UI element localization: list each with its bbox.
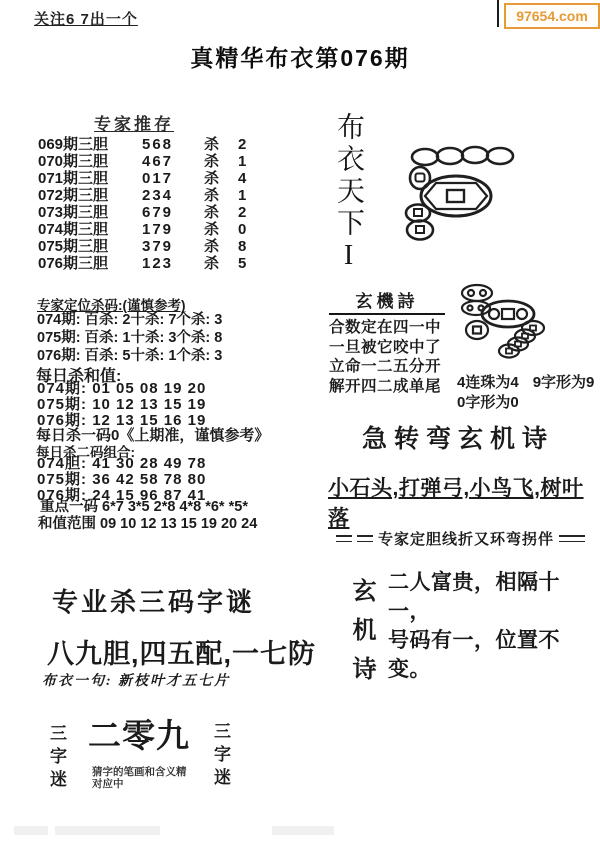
- kill-value: 4: [238, 170, 246, 187]
- table-row: 072期三胆 234 杀 1: [38, 187, 246, 204]
- xuanji-poem-lines: 合数定在四一中 一旦被它咬中了 立命一二五分开 解开四二成单尾: [329, 318, 445, 396]
- three-code-riddle-line: 八九胆,四五配,一七防: [47, 632, 316, 671]
- list-item: 075期: 36 42 58 78 80: [37, 472, 206, 488]
- riddle-note-line: 对应中: [92, 778, 187, 790]
- kill-value: 2: [238, 136, 246, 153]
- scanned-lottery-sheet: 关注6 7出一个 97654.com 真精华布衣第076期 专家推存 069期三…: [0, 0, 600, 853]
- xuanji-poem-title: 玄機詩: [329, 287, 445, 315]
- buyi-sentence: 布衣一句: 新枝叶才五七片: [42, 670, 230, 690]
- value-cell: 679: [142, 204, 204, 221]
- table-row: 075期三胆 379 杀 8: [38, 238, 246, 255]
- double-line-decor: [559, 535, 585, 542]
- riddle-side-label-right: 三字迷: [208, 722, 233, 791]
- kill-label: 杀: [204, 255, 238, 272]
- kill-label: 杀: [204, 204, 238, 221]
- buyi-tianxia-vertical-title: 布衣天下I: [328, 112, 368, 275]
- poem-line: 二人富贵，相隔十一，: [388, 568, 600, 626]
- sharp-turn-poem-title: 急转弯玄机诗: [362, 419, 554, 455]
- kill-label: 杀: [204, 187, 238, 204]
- value-cell: 234: [142, 187, 204, 204]
- expert-banner-text: 专家定胆线折又环弯拐伴: [378, 528, 554, 549]
- kill-value: 2: [238, 204, 246, 221]
- kill-value: 1: [238, 187, 246, 204]
- value-cell: 568: [142, 136, 204, 153]
- bottom-poem: 二人富贵，相隔十一， 号码有一，位置不变。: [388, 568, 600, 684]
- poem-line: 合数定在四一中: [329, 318, 445, 338]
- table-row: 074期三胆 179 杀 0: [38, 221, 246, 238]
- kill-label: 杀: [204, 153, 238, 170]
- kill-label: 杀: [204, 238, 238, 255]
- position-kill-rows: 074期: 百杀: 2十杀: 7个杀: 3 075期: 百杀: 1十杀: 3个杀…: [37, 311, 222, 365]
- table-row: 069期三胆 568 杀 2: [38, 136, 246, 153]
- period-cell: 076期三胆: [38, 255, 142, 272]
- poem-line: 号码有一，位置不变。: [388, 626, 600, 684]
- experts-table: 069期三胆 568 杀 2 070期三胆 467 杀 1 071期三胆 017…: [38, 136, 246, 272]
- xuanji-poem-box: 玄機詩 合数定在四一中 一旦被它咬中了 立命一二五分开 解开四二成单尾: [329, 287, 445, 396]
- poem-line: 一旦被它咬中了: [329, 338, 445, 358]
- period-cell: 074期三胆: [38, 221, 142, 238]
- site-watermark: 97654.com: [504, 3, 600, 29]
- value-cell: 467: [142, 153, 204, 170]
- kill-label: 杀: [204, 170, 238, 187]
- table-row: 070期三胆 467 杀 1: [38, 153, 246, 170]
- period-cell: 073期三胆: [38, 204, 142, 221]
- riddle-note: 猜字的笔画和含义精 对应中: [92, 766, 187, 790]
- experts-header: 专家推存: [94, 110, 174, 135]
- kill-label: 杀: [204, 136, 238, 153]
- value-cell: 379: [142, 238, 204, 255]
- list-item: 074胆: 41 30 28 49 78: [37, 456, 206, 472]
- three-code-riddle-title: 专业杀三码字谜: [52, 582, 255, 619]
- period-cell: 071期三胆: [38, 170, 142, 187]
- value-cell: 123: [142, 255, 204, 272]
- faded-watermark: [272, 826, 334, 835]
- faded-watermark: [14, 826, 48, 835]
- coin-note-0: 0字形为0: [457, 391, 519, 412]
- sharp-turn-poem-line: 小石头,打弹弓,小鸟飞,树叶落: [328, 472, 600, 532]
- page-title: 真精华布衣第076期: [0, 40, 600, 73]
- list-item: 075期: 百杀: 1十杀: 3个杀: 8: [37, 329, 222, 347]
- period-cell: 072期三胆: [38, 187, 142, 204]
- sum-range: 和值范围 09 10 12 13 15 19 20 24: [38, 512, 257, 533]
- riddle-side-label-left: 三字迷: [44, 724, 69, 793]
- period-cell: 070期三胆: [38, 153, 142, 170]
- coins-drawing-large: [398, 138, 558, 248]
- poem-line: 解开四二成单尾: [329, 377, 445, 397]
- list-item: 074期: 百杀: 2十杀: 7个杀: 3: [37, 311, 222, 329]
- faded-watermark: [55, 826, 160, 835]
- coin-note-4: 4连珠为4: [457, 374, 519, 391]
- table-row: 071期三胆 017 杀 4: [38, 170, 246, 187]
- table-row: 076期三胆 123 杀 5: [38, 255, 246, 272]
- list-item: 075期: 10 12 13 15 19: [37, 397, 206, 413]
- kill-value: 5: [238, 255, 246, 272]
- riddle-note-line: 猜字的笔画和含义精: [92, 766, 187, 778]
- period-cell: 069期三胆: [38, 136, 142, 153]
- xuanji-vertical-label: 玄机诗: [344, 578, 379, 695]
- period-cell: 075期三胆: [38, 238, 142, 255]
- coins-drawing-small: [452, 282, 567, 367]
- kill-value: 0: [238, 221, 246, 238]
- divider-line: [497, 0, 499, 27]
- value-cell: 179: [142, 221, 204, 238]
- kill-label: 杀: [204, 221, 238, 238]
- double-line-decor: [357, 535, 373, 542]
- coin-note-9: 9字形为9: [533, 374, 595, 391]
- list-item: 074期: 01 05 08 19 20: [37, 381, 206, 397]
- table-row: 073期三胆 679 杀 2: [38, 204, 246, 221]
- expert-banner: 专家定胆线折又环弯拐伴: [336, 528, 585, 549]
- value-cell: 017: [142, 170, 204, 187]
- focus-note: 关注6 7出一个: [34, 8, 138, 29]
- coin-note-line1: 4连珠为49字形为9: [457, 371, 594, 392]
- daily-sum-rows: 074期: 01 05 08 19 20 075期: 10 12 13 15 1…: [37, 381, 206, 429]
- poem-line: 立命一二五分开: [329, 357, 445, 377]
- riddle-answer-text: 二零九: [88, 710, 190, 757]
- kill-value: 8: [238, 238, 246, 255]
- double-line-decor: [336, 535, 352, 542]
- kill-value: 1: [238, 153, 246, 170]
